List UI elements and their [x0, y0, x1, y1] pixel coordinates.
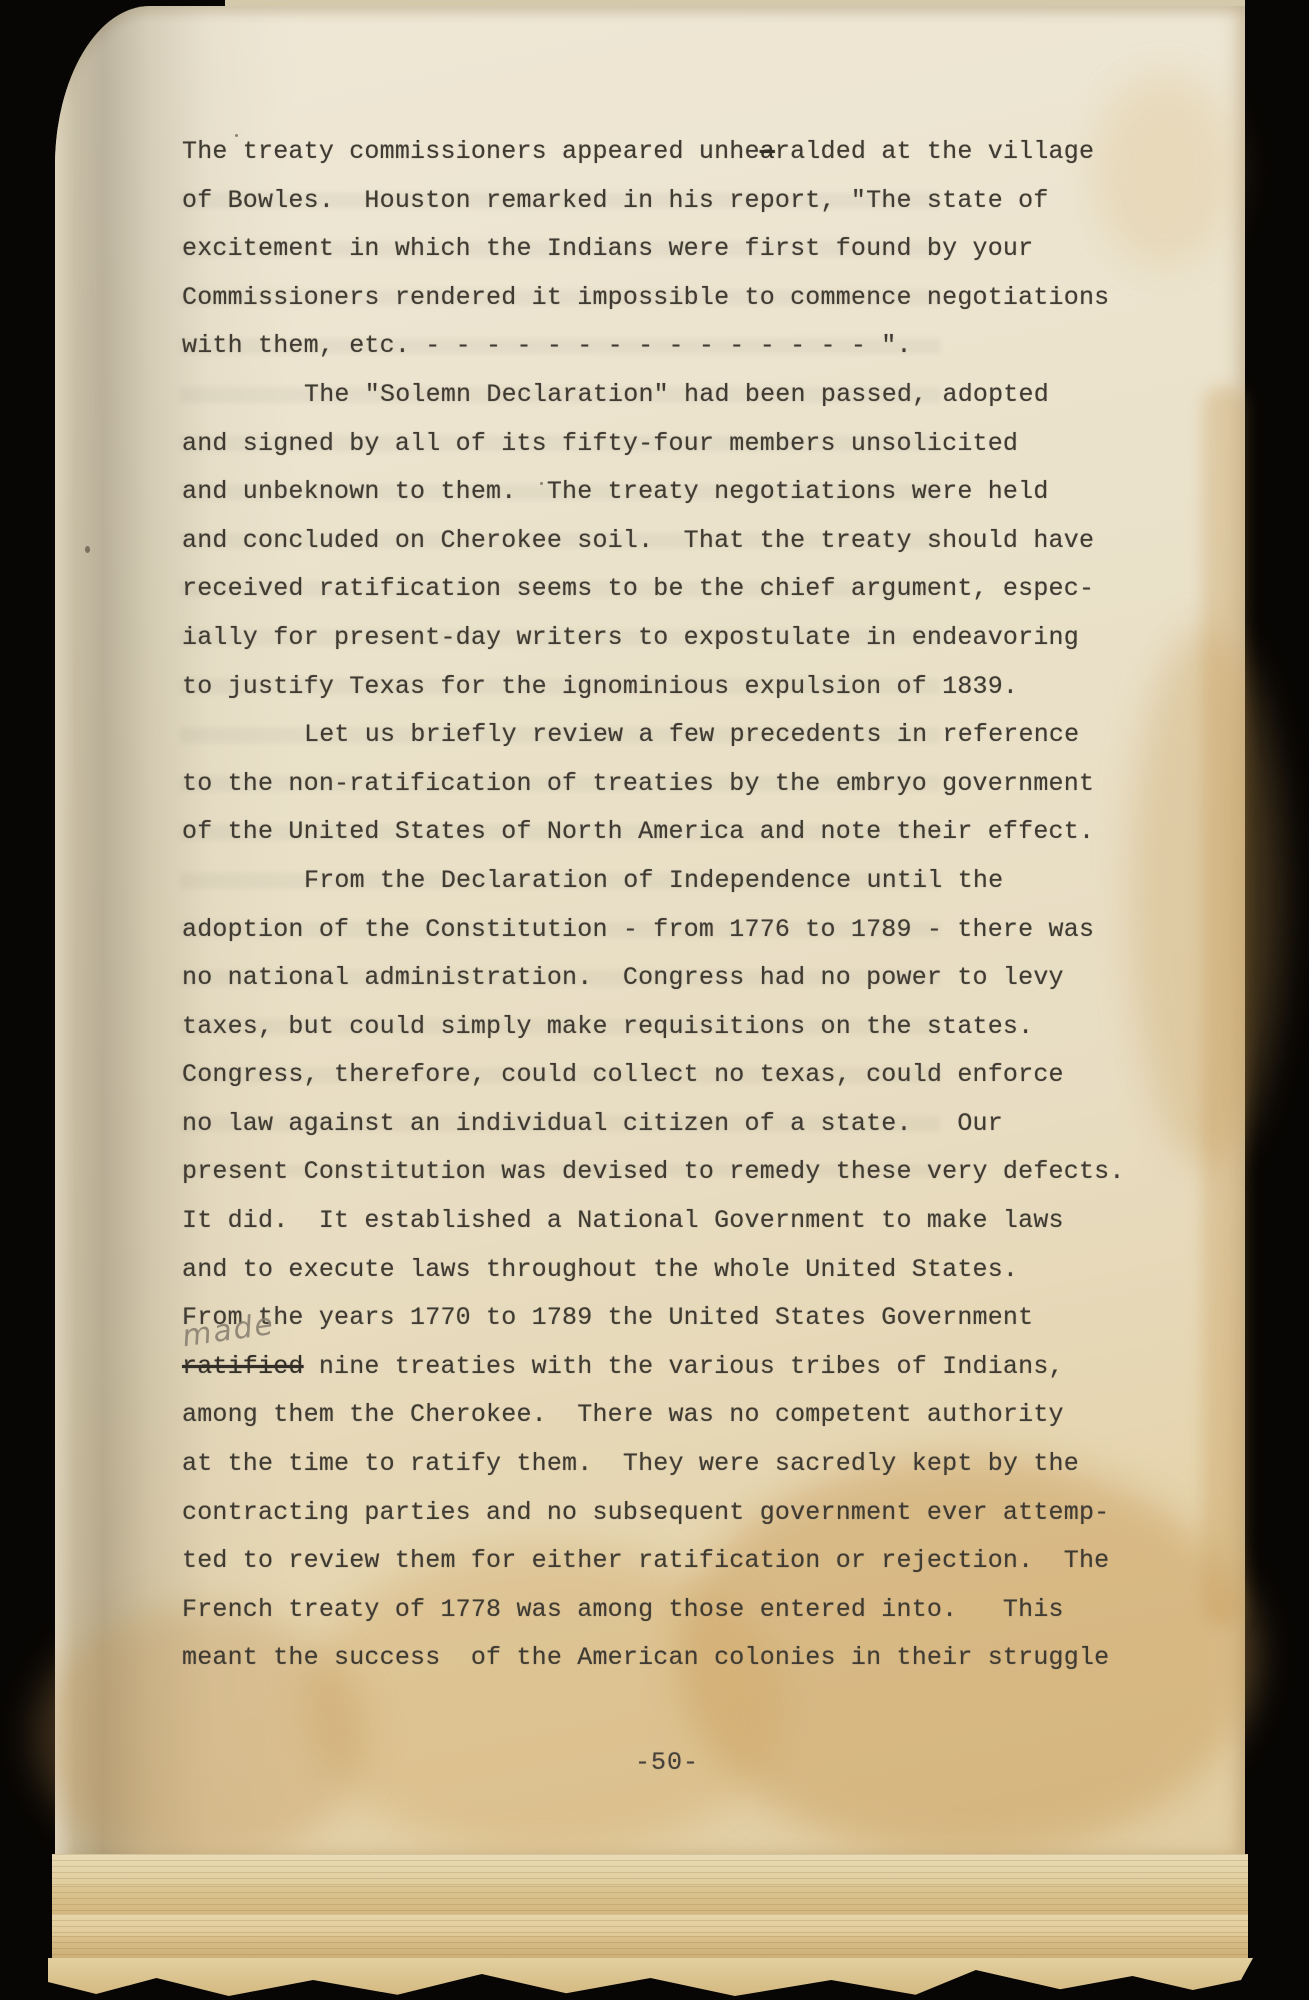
typed-line: ted to review them for either ratificati…: [182, 1537, 1202, 1586]
typed-line: present Constitution was devised to reme…: [182, 1148, 1202, 1197]
sheet-stack-edge: [52, 1936, 1248, 1958]
typed-line: From the years 1770 to 1789 the United S…: [182, 1294, 1202, 1343]
typed-text: French treaty of 1778 was among those en…: [182, 1595, 1064, 1624]
typed-line: to justify Texas for the ignominious exp…: [182, 663, 1202, 712]
typed-text: ted to review them for either ratificati…: [182, 1546, 1109, 1575]
typed-text: and signed by all of its fifty-four memb…: [182, 429, 1018, 458]
sheet-stack-edge: [52, 1914, 1248, 1936]
typed-text: From the years 1770 to 1789 the United S…: [182, 1303, 1033, 1332]
typed-text: adoption of the Constitution - from 1776…: [182, 915, 1094, 944]
typed-line: and concluded on Cherokee soil. That the…: [182, 517, 1202, 566]
typed-text: and to execute laws throughout the whole…: [182, 1255, 1018, 1284]
typed-text: of Bowles. Houston remarked in his repor…: [182, 186, 1049, 215]
typed-text: nine treaties with the various tribes of…: [304, 1352, 1064, 1381]
typed-line: no law against an individual citizen of …: [182, 1100, 1202, 1149]
sheet-edge-lines: [52, 1854, 1248, 1886]
typed-line: at the time to ratify them. They were sa…: [182, 1440, 1202, 1489]
paper-stain: [1203, 386, 1245, 1626]
typed-line: taxes, but could simply make requisition…: [182, 1003, 1202, 1052]
typed-text: with them, etc. - - - - - - - - - - - - …: [182, 331, 912, 360]
typed-line: with them, etc. - - - - - - - - - - - - …: [182, 322, 1202, 371]
manuscript-page: The treaty commissioners appeared unhear…: [55, 6, 1245, 1854]
typed-text: received ratification seems to be the ch…: [182, 574, 1094, 603]
typed-line: From the Declaration of Independence unt…: [182, 857, 1202, 906]
typed-line: It did. It established a National Govern…: [182, 1197, 1202, 1246]
typed-line: Congress, therefore, could collect no te…: [182, 1051, 1202, 1100]
typed-line: adoption of the Constitution - from 1776…: [182, 906, 1202, 955]
struck-text: ratified: [182, 1352, 304, 1381]
typed-text: ralded at the village: [775, 137, 1094, 166]
sheet-edge-lines: [52, 1886, 1248, 1914]
typed-text: to justify Texas for the ignominious exp…: [182, 672, 1018, 701]
typed-line: Commissioners rendered it impossible to …: [182, 274, 1202, 323]
document-scan: The treaty commissioners appeared unhear…: [0, 0, 1309, 2000]
typed-line: meant the success of the American coloni…: [182, 1634, 1202, 1683]
page-number: -50-: [607, 1748, 727, 1777]
typed-text: Let us briefly review a few precedents i…: [304, 720, 1079, 749]
typed-text: of the United States of North America an…: [182, 817, 1094, 846]
typed-line: and unbeknown to them. The treaty negoti…: [182, 468, 1202, 517]
typed-text: contracting parties and no subsequent go…: [182, 1498, 1109, 1527]
typed-line: The treaty commissioners appeared unhear…: [182, 128, 1202, 177]
typed-line: excitement in which the Indians were fir…: [182, 225, 1202, 274]
typed-text: It did. It established a National Govern…: [182, 1206, 1064, 1235]
typed-text: at the time to ratify them. They were sa…: [182, 1449, 1079, 1478]
typed-text: meant the success of the American coloni…: [182, 1643, 1109, 1672]
sheet-edge-lines: [52, 1936, 1248, 1958]
typed-text: and concluded on Cherokee soil. That the…: [182, 526, 1094, 555]
ink-speck: [85, 546, 90, 553]
typed-line: received ratification seems to be the ch…: [182, 565, 1202, 614]
typed-line: of Bowles. Houston remarked in his repor…: [182, 177, 1202, 226]
typed-text: ially for present-day writers to expostu…: [182, 623, 1079, 652]
typed-text: excitement in which the Indians were fir…: [182, 234, 1033, 263]
typed-line: and to execute laws throughout the whole…: [182, 1246, 1202, 1295]
typed-text: no law against an individual citizen of …: [182, 1109, 1003, 1138]
typed-line: Let us briefly review a few precedents i…: [182, 711, 1202, 760]
typed-line: maderatified nine treaties with the vari…: [182, 1343, 1202, 1392]
typed-line: ially for present-day writers to expostu…: [182, 614, 1202, 663]
typed-line: The "Solemn Declaration" had been passed…: [182, 371, 1202, 420]
torn-bottom-edge: [48, 1958, 1253, 1998]
typed-line: and signed by all of its fifty-four memb…: [182, 420, 1202, 469]
typed-text: Commissioners rendered it impossible to …: [182, 283, 1109, 312]
typed-text: and unbeknown to them. The treaty negoti…: [182, 477, 1049, 506]
typed-text: From the Declaration of Independence unt…: [304, 866, 1003, 895]
typed-text: no national administration. Congress had…: [182, 963, 1064, 992]
typed-line: to the non-ratification of treaties by t…: [182, 760, 1202, 809]
typed-line: contracting parties and no subsequent go…: [182, 1489, 1202, 1538]
typed-text: taxes, but could simply make requisition…: [182, 1012, 1033, 1041]
sheet-stack-edge: [52, 1854, 1248, 1886]
typed-line: French treaty of 1778 was among those en…: [182, 1586, 1202, 1635]
typed-line: of the United States of North America an…: [182, 808, 1202, 857]
typed-text: to the non-ratification of treaties by t…: [182, 769, 1094, 798]
typed-line: among them the Cherokee. There was no co…: [182, 1391, 1202, 1440]
typed-text: The "Solemn Declaration" had been passed…: [304, 380, 1049, 409]
typed-line: no national administration. Congress had…: [182, 954, 1202, 1003]
typed-text: The treaty commissioners appeared unhe: [182, 137, 760, 166]
typed-text: present Constitution was devised to reme…: [182, 1157, 1125, 1186]
struck-text: a: [760, 137, 775, 166]
sheet-edge-lines: [52, 1914, 1248, 1936]
sheet-stack-edge: [52, 1886, 1248, 1914]
typed-text: Congress, therefore, could collect no te…: [182, 1060, 1064, 1089]
typed-text-block: The treaty commissioners appeared unhear…: [182, 128, 1202, 1683]
typed-text: among them the Cherokee. There was no co…: [182, 1400, 1064, 1429]
